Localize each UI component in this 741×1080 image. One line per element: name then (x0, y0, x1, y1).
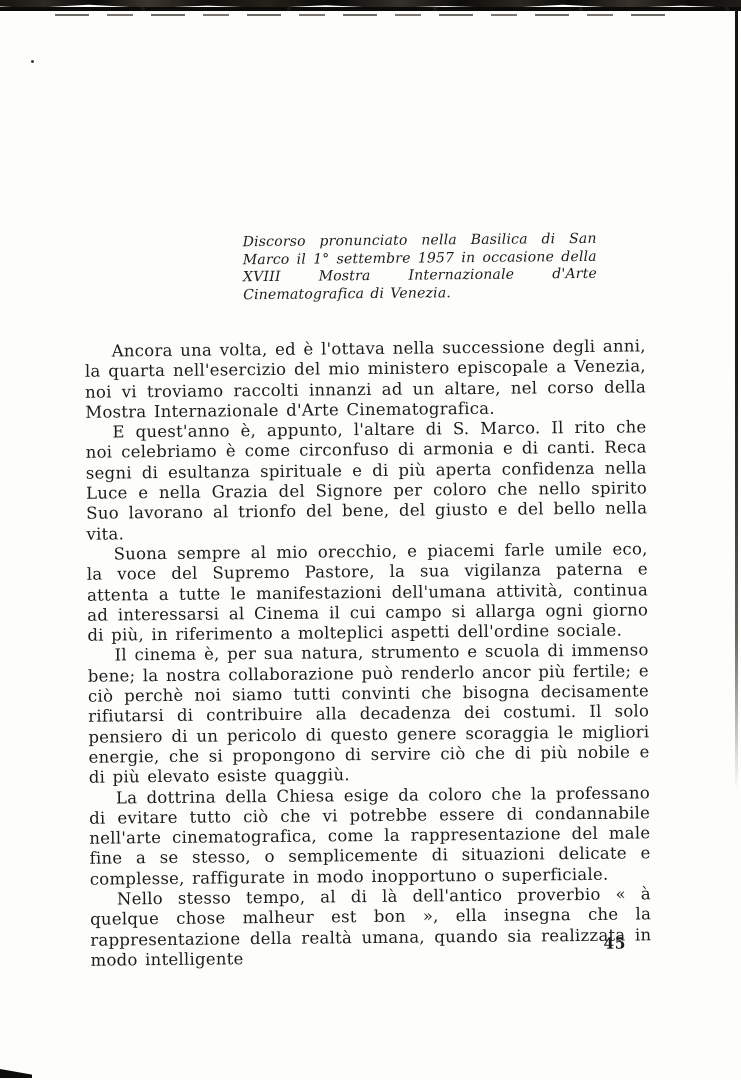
paragraph: Suona sempre al mio orecchio, e piacemi … (87, 539, 649, 646)
speech-body: Ancora una volta, ed è l'ottava nella su… (85, 336, 652, 971)
paragraph: Nello stesso tempo, al di là dell'antico… (90, 884, 652, 971)
paragraph: La dottrina della Chiesa esige da coloro… (89, 783, 651, 890)
scanned-book-page: Discorso pronunciato nella Basilica di S… (0, 0, 741, 1080)
paragraph: Ancora una volta, ed è l'ottava nella su… (85, 336, 647, 423)
page-number: 45 (603, 934, 626, 953)
page-content: Discorso pronunciato nella Basilica di S… (0, 0, 741, 1080)
speech-occasion-note: Discorso pronunciato nella Basilica di S… (243, 231, 598, 305)
paragraph: Il cinema è, per sua natura, strumento e… (88, 641, 650, 788)
paragraph: E quest'anno è, appunto, l'altare di S. … (85, 418, 647, 545)
